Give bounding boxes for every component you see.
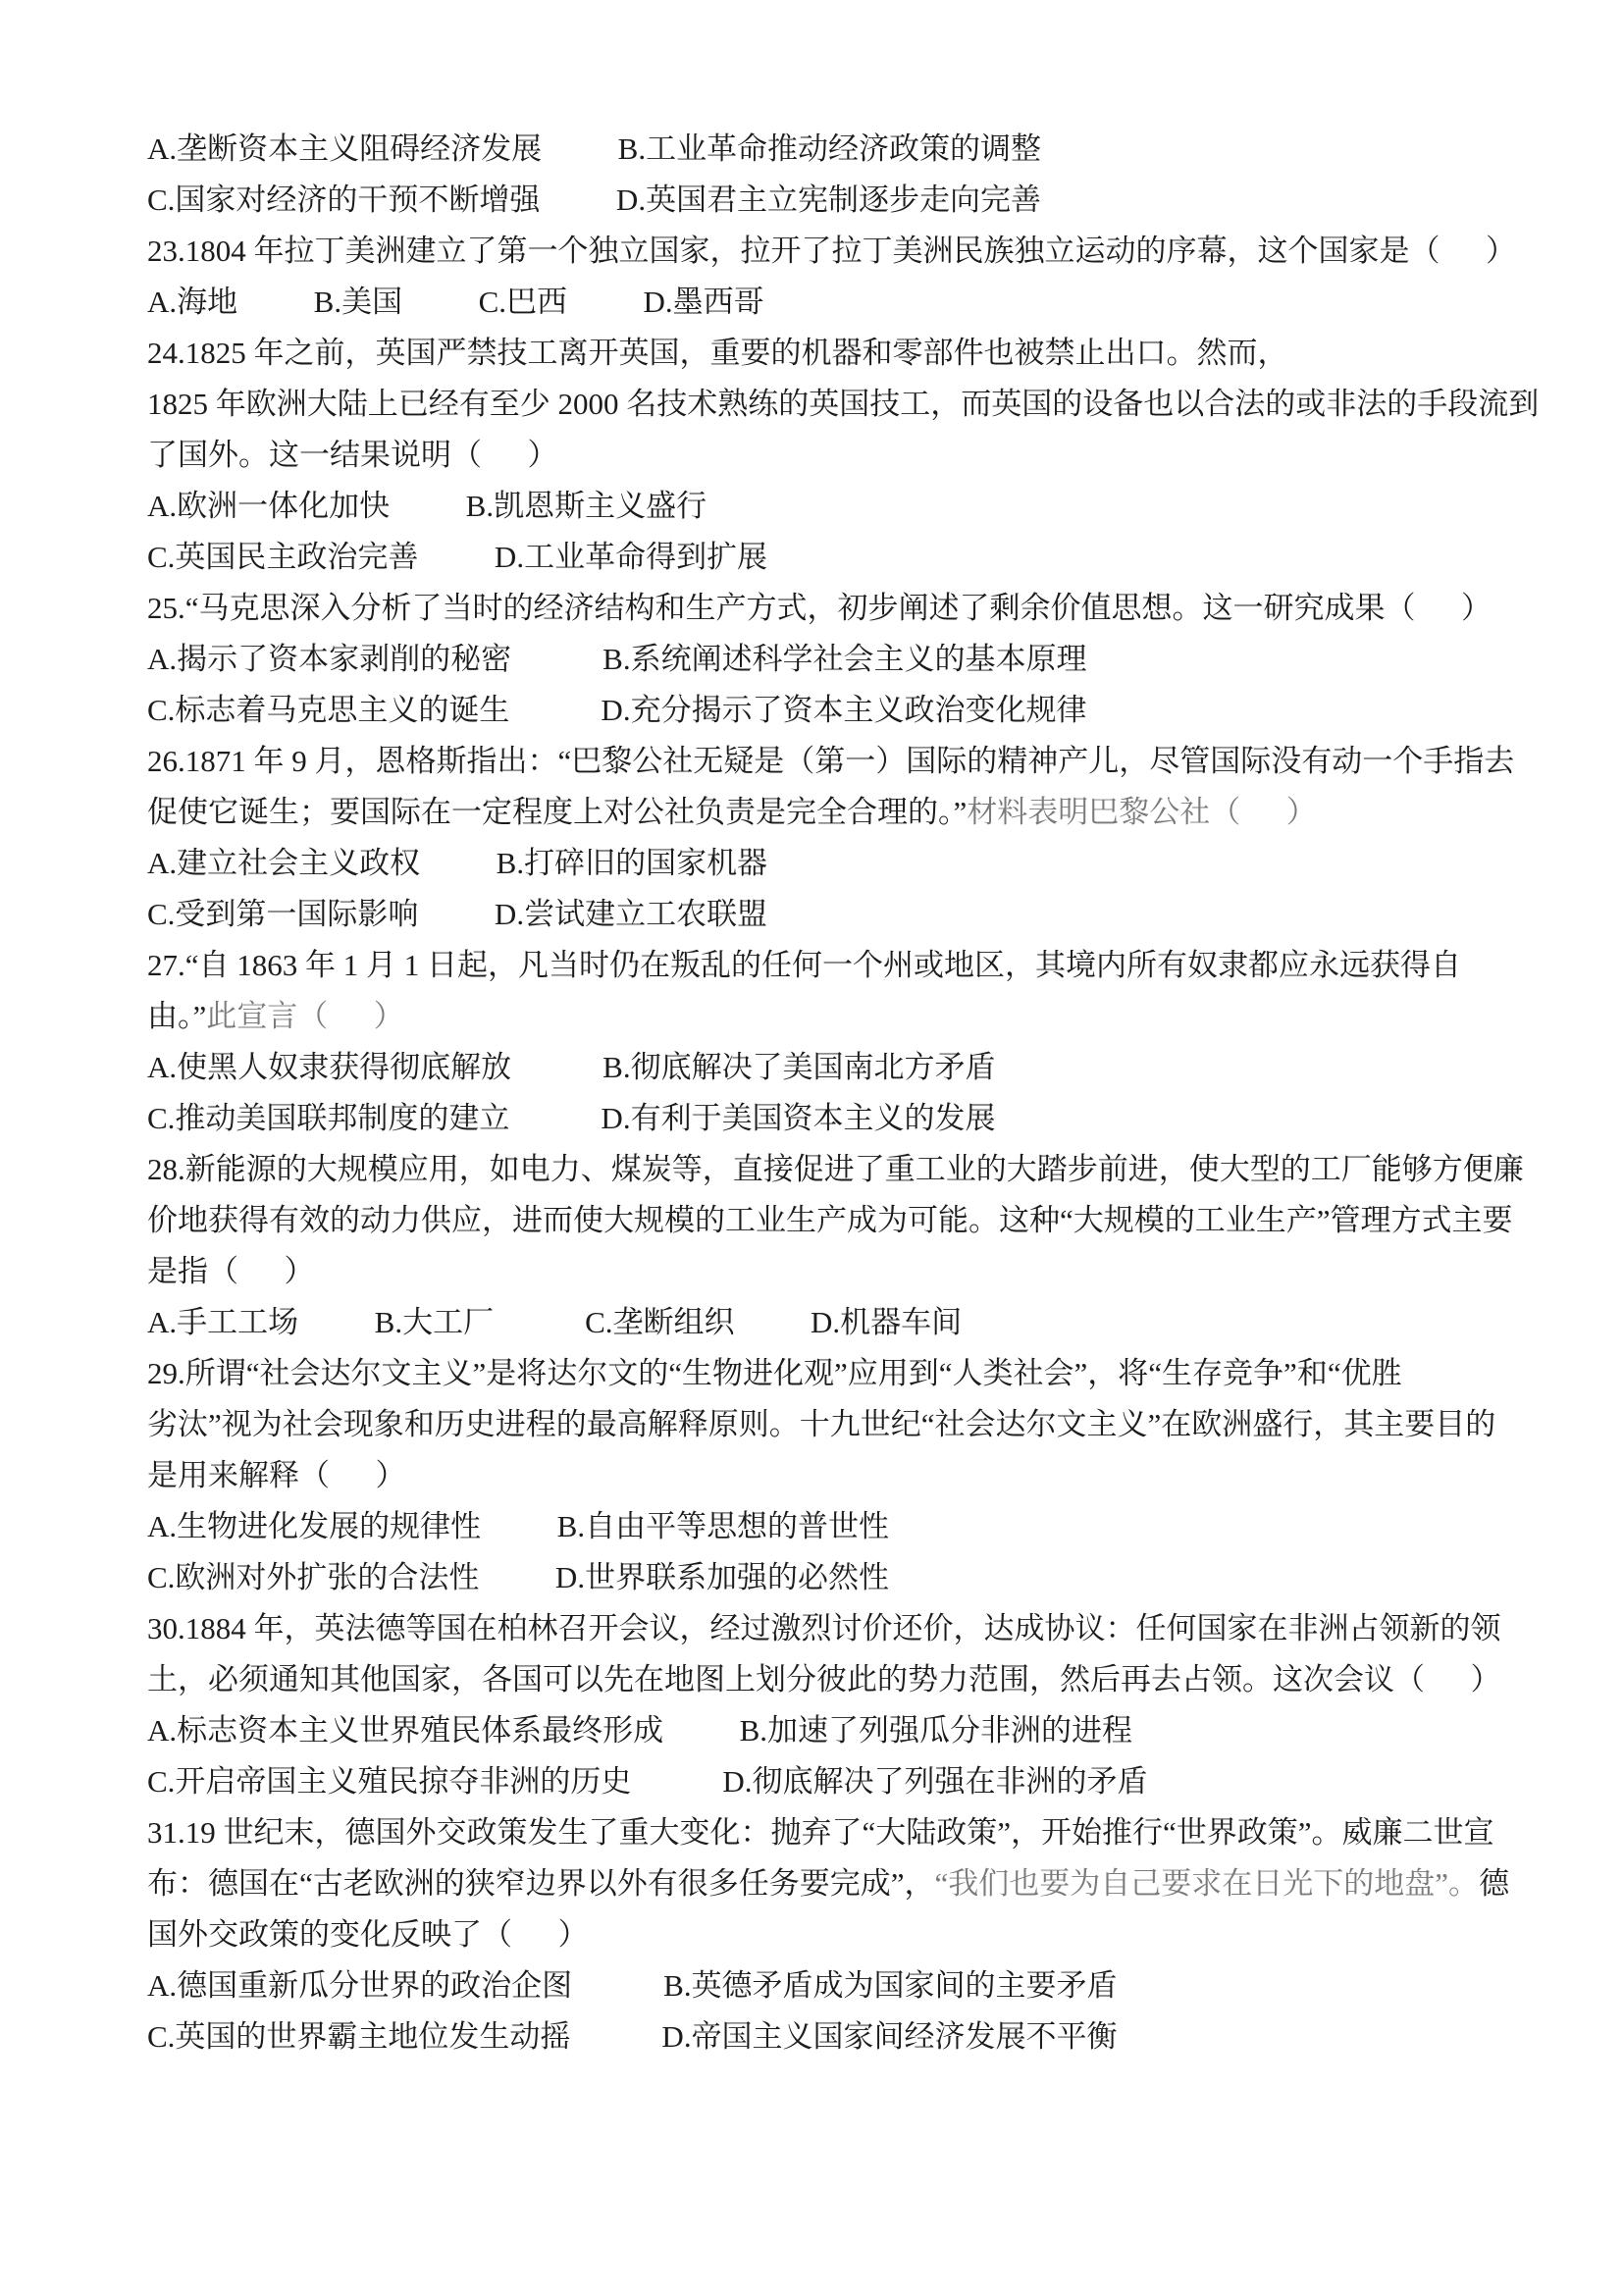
text-segment: C.开启帝国主义殖民掠夺非洲的历史 D.彻底解决了列强在非洲的矛盾 [147, 1764, 1148, 1799]
text-segment: A.建立社会主义政权 B.打碎旧的国家机器 [147, 846, 767, 880]
text-line: C.开启帝国主义殖民掠夺非洲的历史 D.彻底解决了列强在非洲的矛盾 [147, 1756, 1619, 1807]
text-line: 29.所谓“社会达尔文主义”是将达尔文的“生物进化观”应用到“人类社会”，将“生… [147, 1348, 1619, 1399]
text-line: 25.“马克思深入分析了当时的经济结构和生产方式，初步阐述了剩余价值思想。这一研… [147, 583, 1619, 634]
text-line: C.欧洲对外扩张的合法性 D.世界联系加强的必然性 [147, 1552, 1619, 1603]
text-segment: 促使它诞生；要国际在一定程度上对公社负责是完全合理的。” [147, 795, 967, 829]
text-line: 31.19 世纪末，德国外交政策发生了重大变化：抛弃了“大陆政策”，开始推行“世… [147, 1807, 1619, 1858]
text-segment: 30.1884 年，英法德等国在柏林召开会议，经过激烈讨价还价，达成协议：任何国… [147, 1611, 1501, 1645]
text-segment: A.生物进化发展的规律性 B.自由平等思想的普世性 [147, 1509, 889, 1543]
text-segment: C.标志着马克思主义的诞生 D.充分揭示了资本主义政治变化规律 [147, 693, 1087, 727]
text-segment: 29.所谓“社会达尔文主义”是将达尔文的“生物进化观”应用到“人类社会”，将“生… [147, 1356, 1402, 1390]
text-line: A.建立社会主义政权 B.打碎旧的国家机器 [147, 838, 1619, 889]
text-segment: A.德国重新瓜分世界的政治企图 B.英德矛盾成为国家间的主要矛盾 [147, 1968, 1118, 2003]
text-segment: 布：德国在“古老欧洲的狭窄边界以外有很多任务要完成”， [147, 1866, 935, 1901]
text-line: 27.“自 1863 年 1 月 1 日起，凡当时仍在叛乱的任何一个州或地区，其… [147, 940, 1619, 991]
text-segment: A.使黑人奴隶获得彻底解放 B.彻底解决了美国南北方矛盾 [147, 1050, 996, 1084]
text-segment: 25.“马克思深入分析了当时的经济结构和生产方式，初步阐述了剩余价值思想。这一研… [147, 591, 1492, 625]
text-line: 由。”此宣言（ ） [147, 991, 1619, 1042]
text-line: 是指（ ） [147, 1246, 1619, 1297]
text-segment: 土，必须通知其他国家，各国可以先在地图上划分彼此的势力范围，然后再去占领。这次会… [147, 1662, 1501, 1696]
text-segment: C.受到第一国际影响 D.尝试建立工农联盟 [147, 897, 767, 931]
text-line: C.国家对经济的干预不断增强 D.英国君主立宪制逐步走向完善 [147, 175, 1619, 226]
text-segment: C.推动美国联邦制度的建立 D.有利于美国资本主义的发展 [147, 1101, 996, 1135]
text-segment: 价地获得有效的动力供应，进而使大规模的工业生产成为可能。这种“大规模的工业生产”… [147, 1203, 1513, 1237]
text-line: C.标志着马克思主义的诞生 D.充分揭示了资本主义政治变化规律 [147, 685, 1619, 736]
text-line: 价地获得有效的动力供应，进而使大规模的工业生产成为可能。这种“大规模的工业生产”… [147, 1195, 1619, 1246]
text-segment: C.国家对经济的干预不断增强 D.英国君主立宪制逐步走向完善 [147, 183, 1041, 217]
document-lines: A.垄断资本主义阻碍经济发展 B.工业革命推动经济政策的调整C.国家对经济的干预… [147, 124, 1619, 2062]
text-segment: 德 [1479, 1866, 1509, 1901]
text-line: 30.1884 年，英法德等国在柏林召开会议，经过激烈讨价还价，达成协议：任何国… [147, 1603, 1619, 1654]
text-segment: 了国外。这一结果说明（ ） [147, 438, 558, 472]
exam-page: A.垄断资本主义阻碍经济发展 B.工业革命推动经济政策的调整C.国家对经济的干预… [0, 0, 1623, 2296]
text-line: A.垄断资本主义阻碍经济发展 B.工业革命推动经济政策的调整 [147, 124, 1619, 175]
text-segment: A.垄断资本主义阻碍经济发展 B.工业革命推动经济政策的调整 [147, 131, 1041, 166]
text-segment: 1825 年欧洲大陆上已经有至少 2000 名技术熟练的英国技工，而英国的设备也… [147, 387, 1539, 421]
text-line: A.生物进化发展的规律性 B.自由平等思想的普世性 [147, 1501, 1619, 1552]
text-segment: 26.1871 年 9 月，恩格斯指出：“巴黎公社无疑是（第一）国际的精神产儿，… [147, 744, 1514, 778]
text-segment: 31.19 世纪末，德国外交政策发生了重大变化：抛弃了“大陆政策”，开始推行“世… [147, 1815, 1494, 1850]
text-segment: C.欧洲对外扩张的合法性 D.世界联系加强的必然性 [147, 1560, 889, 1594]
text-segment: 28.新能源的大规模应用，如电力、煤炭等，直接促进了重工业的大踏步前进，使大型的… [147, 1152, 1524, 1186]
text-segment: 由。” [147, 999, 206, 1033]
text-line: A.揭示了资本家剥削的秘密 B.系统阐述科学社会主义的基本原理 [147, 634, 1619, 685]
text-segment: 是指（ ） [147, 1254, 315, 1288]
text-line: 24.1825 年之前，英国严禁技工离开英国，重要的机器和零部件也被禁止出口。然… [147, 328, 1619, 379]
text-line: A.欧洲一体化加快 B.凯恩斯主义盛行 [147, 481, 1619, 532]
text-line: 1825 年欧洲大陆上已经有至少 2000 名技术熟练的英国技工，而英国的设备也… [147, 379, 1619, 430]
text-line: 23.1804 年拉丁美洲建立了第一个独立国家，拉开了拉丁美洲民族独立运动的序幕… [147, 226, 1619, 277]
text-line: 26.1871 年 9 月，恩格斯指出：“巴黎公社无疑是（第一）国际的精神产儿，… [147, 736, 1619, 787]
text-segment: 27.“自 1863 年 1 月 1 日起，凡当时仍在叛乱的任何一个州或地区，其… [147, 948, 1461, 982]
text-segment: A.标志资本主义世界殖民体系最终形成 B.加速了列强瓜分非洲的进程 [147, 1713, 1132, 1748]
text-segment: 是用来解释（ ） [147, 1458, 406, 1492]
text-line: A.德国重新瓜分世界的政治企图 B.英德矛盾成为国家间的主要矛盾 [147, 1960, 1619, 2011]
text-line: 国外交政策的变化反映了（ ） [147, 1909, 1619, 1960]
text-segment: 此宣言（ ） [206, 999, 404, 1033]
text-segment: C.英国民主政治完善 D.工业革命得到扩展 [147, 540, 767, 574]
text-line: C.英国的世界霸主地位发生动摇 D.帝国主义国家间经济发展不平衡 [147, 2011, 1619, 2062]
text-line: A.手工工场 B.大工厂 C.垄断组织 D.机器车间 [147, 1297, 1619, 1348]
text-segment: 国外交政策的变化反映了（ ） [147, 1917, 589, 1952]
text-line: 促使它诞生；要国际在一定程度上对公社负责是完全合理的。”材料表明巴黎公社（ ） [147, 787, 1619, 838]
text-line: C.推动美国联邦制度的建立 D.有利于美国资本主义的发展 [147, 1093, 1619, 1144]
text-line: 劣汰”视为社会现象和历史进程的最高解释原则。十九世纪“社会达尔文主义”在欧洲盛行… [147, 1399, 1619, 1450]
text-line: 土，必须通知其他国家，各国可以先在地图上划分彼此的势力范围，然后再去占领。这次会… [147, 1654, 1619, 1705]
text-segment: A.手工工场 B.大工厂 C.垄断组织 D.机器车间 [147, 1305, 962, 1339]
text-segment: C.英国的世界霸主地位发生动摇 D.帝国主义国家间经济发展不平衡 [147, 2019, 1118, 2054]
text-segment: “我们也要为自己要求在日光下的地盘”。 [935, 1866, 1480, 1901]
text-line: 28.新能源的大规模应用，如电力、煤炭等，直接促进了重工业的大踏步前进，使大型的… [147, 1144, 1619, 1195]
text-line: 布：德国在“古老欧洲的狭窄边界以外有很多任务要完成”，“我们也要为自己要求在日光… [147, 1858, 1619, 1909]
text-segment: A.揭示了资本家剥削的秘密 B.系统阐述科学社会主义的基本原理 [147, 642, 1087, 676]
text-line: A.海地 B.美国 C.巴西 D.墨西哥 [147, 277, 1619, 328]
text-line: 了国外。这一结果说明（ ） [147, 430, 1619, 481]
text-segment: 23.1804 年拉丁美洲建立了第一个独立国家，拉开了拉丁美洲民族独立运动的序幕… [147, 234, 1516, 268]
text-line: A.标志资本主义世界殖民体系最终形成 B.加速了列强瓜分非洲的进程 [147, 1705, 1619, 1756]
text-line: A.使黑人奴隶获得彻底解放 B.彻底解决了美国南北方矛盾 [147, 1042, 1619, 1093]
text-segment: A.欧洲一体化加快 B.凯恩斯主义盛行 [147, 489, 707, 523]
text-segment: 材料表明巴黎公社（ ） [967, 795, 1317, 829]
text-segment: A.海地 B.美国 C.巴西 D.墨西哥 [147, 285, 764, 319]
text-line: C.受到第一国际影响 D.尝试建立工农联盟 [147, 889, 1619, 940]
text-segment: 劣汰”视为社会现象和历史进程的最高解释原则。十九世纪“社会达尔文主义”在欧洲盛行… [147, 1407, 1495, 1441]
text-segment: 24.1825 年之前，英国严禁技工离开英国，重要的机器和零部件也被禁止出口。然… [147, 336, 1288, 370]
text-line: C.英国民主政治完善 D.工业革命得到扩展 [147, 532, 1619, 583]
text-line: 是用来解释（ ） [147, 1450, 1619, 1501]
